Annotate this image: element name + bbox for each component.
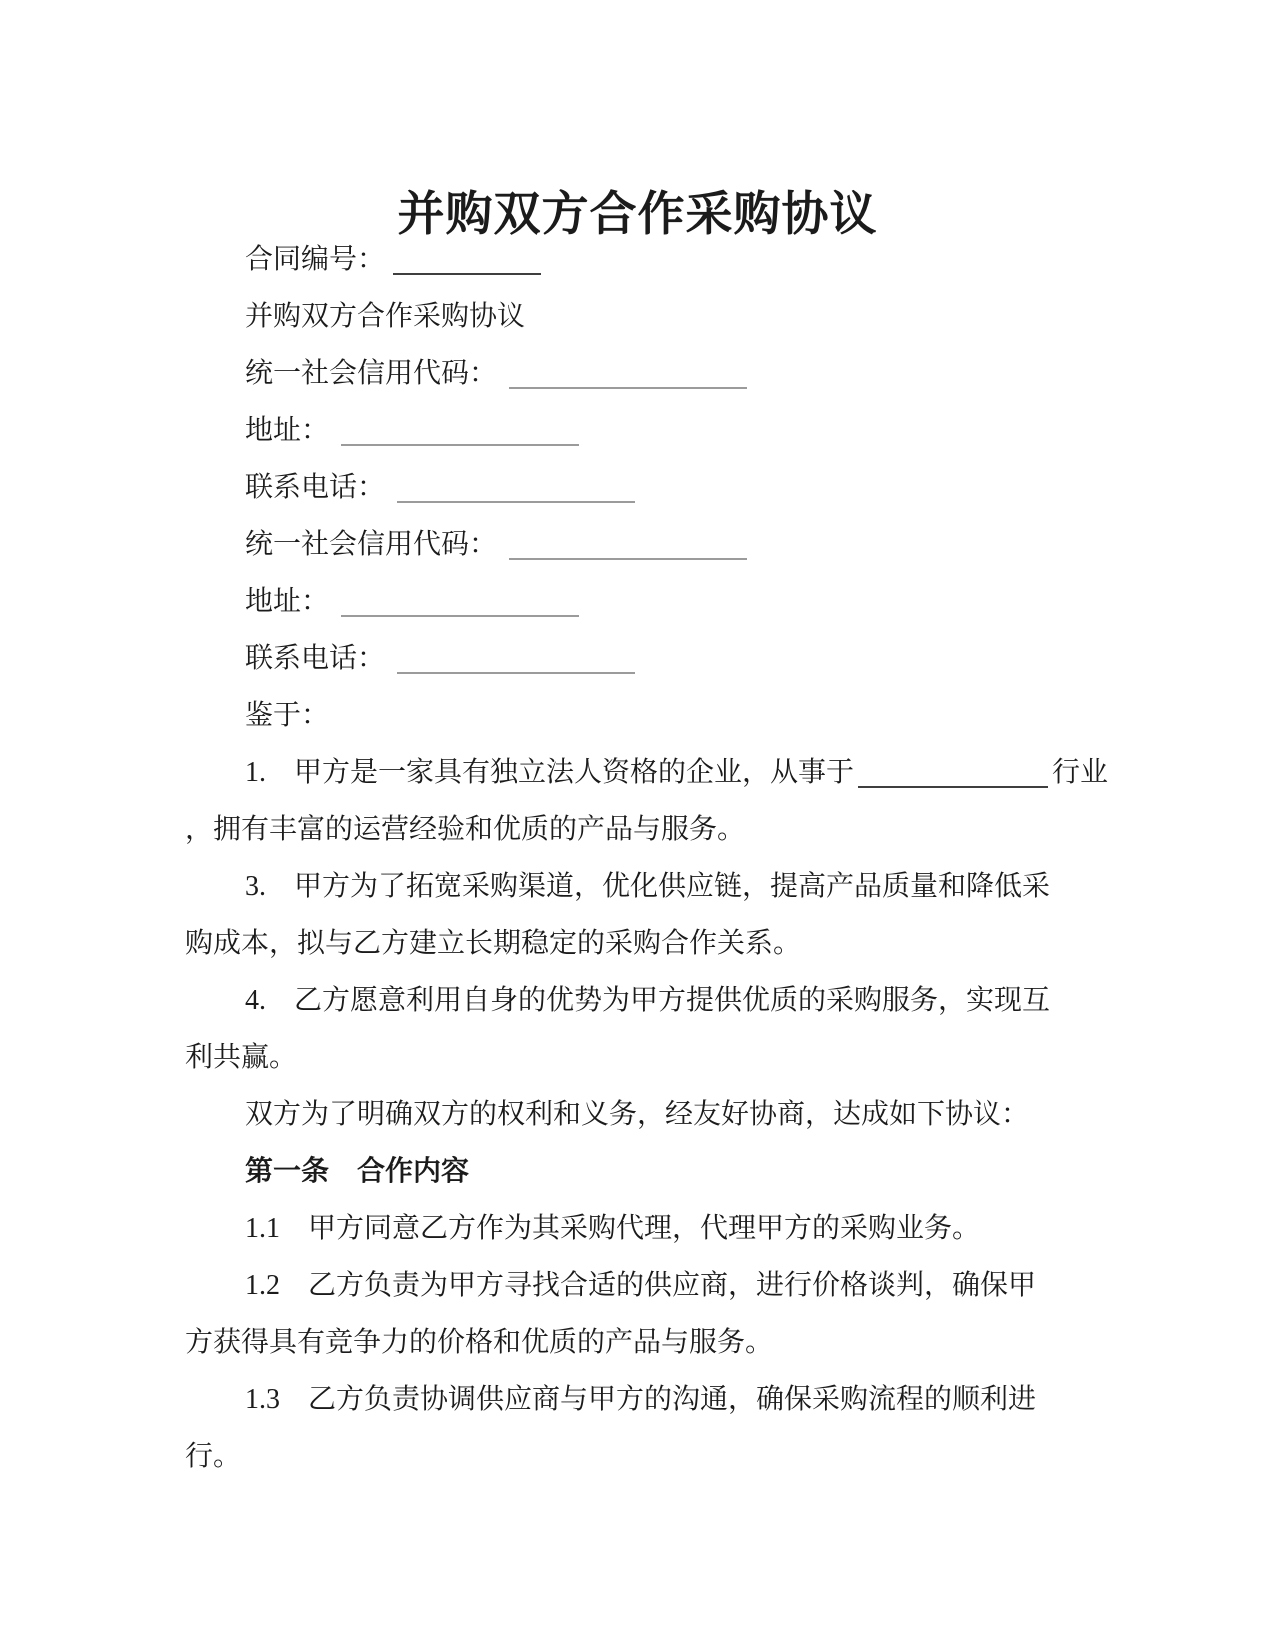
recital-1-post: 行业: [1052, 757, 1108, 788]
whereas-label: 鉴于：: [245, 700, 329, 731]
line-recital-1a: 1. 甲方是一家具有独立法人资格的企业，从事于行业: [185, 744, 1085, 801]
industry-fill-blank: [858, 786, 1048, 788]
clause-1-1-text: 1.1 甲方同意乙方作为其采购代理，代理甲方的采购业务。: [245, 1213, 980, 1244]
line-clause-1-2b: 方获得具有竞争力的价格和优质的产品与服务。: [185, 1314, 1085, 1371]
line-recital-3b: 购成本，拟与乙方建立长期稳定的采购合作关系。: [185, 915, 1085, 972]
field-label-phone-2: 联系电话：: [245, 643, 385, 674]
line-recital-1b: ，拥有丰富的运营经验和优质的产品与服务。: [185, 801, 1085, 858]
line-preamble: 双方为了明确双方的权利和义务，经友好协商，达成如下协议：: [185, 1086, 1085, 1143]
clause-1-3-text-a: 1.3 乙方负责协调供应商与甲方的沟通，确保采购流程的顺利进: [245, 1384, 1036, 1415]
line-recital-4b: 利共赢。: [185, 1029, 1085, 1086]
phone-2-fill-blank: [397, 672, 635, 674]
line-whereas: 鉴于：: [185, 687, 1085, 744]
recital-1-cont: ，拥有丰富的运营经验和优质的产品与服务。: [185, 814, 745, 845]
field-label-address-1: 地址：: [245, 415, 329, 446]
line-recital-4a: 4. 乙方愿意利用自身的优势为甲方提供优质的采购服务，实现互: [185, 972, 1085, 1029]
contract-page: 并购双方合作采购协议 合同编号： 并购双方合作采购协议 统一社会信用代码： 地址…: [0, 0, 1275, 1650]
field-label-contract-no: 合同编号：: [245, 244, 385, 275]
line-field-contract-no: 合同编号：: [185, 231, 1085, 288]
line-clause-1-1: 1.1 甲方同意乙方作为其采购代理，代理甲方的采购业务。: [185, 1200, 1085, 1257]
line-article-1-heading: 第一条 合作内容: [185, 1143, 1085, 1200]
article-1-heading-text: 第一条 合作内容: [245, 1156, 469, 1187]
field-label-phone-1: 联系电话：: [245, 472, 385, 503]
credit-code-1-fill-blank: [509, 387, 747, 389]
line-field-address-1: 地址：: [185, 402, 1085, 459]
subtitle-text: 并购双方合作采购协议: [245, 301, 525, 332]
recital-3-text-a: 3. 甲方为了拓宽采购渠道，优化供应链，提高产品质量和降低采: [245, 871, 1050, 902]
line-subtitle: 并购双方合作采购协议: [185, 288, 1085, 345]
contract-no-fill-blank: [393, 273, 541, 275]
field-label-credit-code-1: 统一社会信用代码：: [245, 358, 497, 389]
line-clause-1-3a: 1.3 乙方负责协调供应商与甲方的沟通，确保采购流程的顺利进: [185, 1371, 1085, 1428]
phone-1-fill-blank: [397, 501, 635, 503]
line-field-address-2: 地址：: [185, 573, 1085, 630]
recital-4-text-a: 4. 乙方愿意利用自身的优势为甲方提供优质的采购服务，实现互: [245, 985, 1050, 1016]
clause-1-2-text-b: 方获得具有竞争力的价格和优质的产品与服务。: [185, 1327, 773, 1358]
line-field-credit-code-1: 统一社会信用代码：: [185, 345, 1085, 402]
line-field-credit-code-2: 统一社会信用代码：: [185, 516, 1085, 573]
field-label-credit-code-2: 统一社会信用代码：: [245, 529, 497, 560]
recital-3-text-b: 购成本，拟与乙方建立长期稳定的采购合作关系。: [185, 928, 801, 959]
clause-1-3-text-b: 行。: [185, 1441, 241, 1472]
line-field-phone-2: 联系电话：: [185, 630, 1085, 687]
field-label-address-2: 地址：: [245, 586, 329, 617]
line-recital-3a: 3. 甲方为了拓宽采购渠道，优化供应链，提高产品质量和降低采: [185, 858, 1085, 915]
line-clause-1-2a: 1.2 乙方负责为甲方寻找合适的供应商，进行价格谈判，确保甲: [185, 1257, 1085, 1314]
recital-4-text-b: 利共赢。: [185, 1042, 297, 1073]
preamble-text: 双方为了明确双方的权利和义务，经友好协商，达成如下协议：: [245, 1099, 1029, 1130]
credit-code-2-fill-blank: [509, 558, 747, 560]
line-field-phone-1: 联系电话：: [185, 459, 1085, 516]
clause-1-2-text-a: 1.2 乙方负责为甲方寻找合适的供应商，进行价格谈判，确保甲: [245, 1270, 1036, 1301]
address-2-fill-blank: [341, 615, 579, 617]
document-body: 合同编号： 并购双方合作采购协议 统一社会信用代码： 地址： 联系电话： 统一社…: [185, 231, 1085, 1485]
address-1-fill-blank: [341, 444, 579, 446]
recital-1-pre: 1. 甲方是一家具有独立法人资格的企业，从事于: [245, 757, 854, 788]
line-clause-1-3b: 行。: [185, 1428, 1085, 1485]
